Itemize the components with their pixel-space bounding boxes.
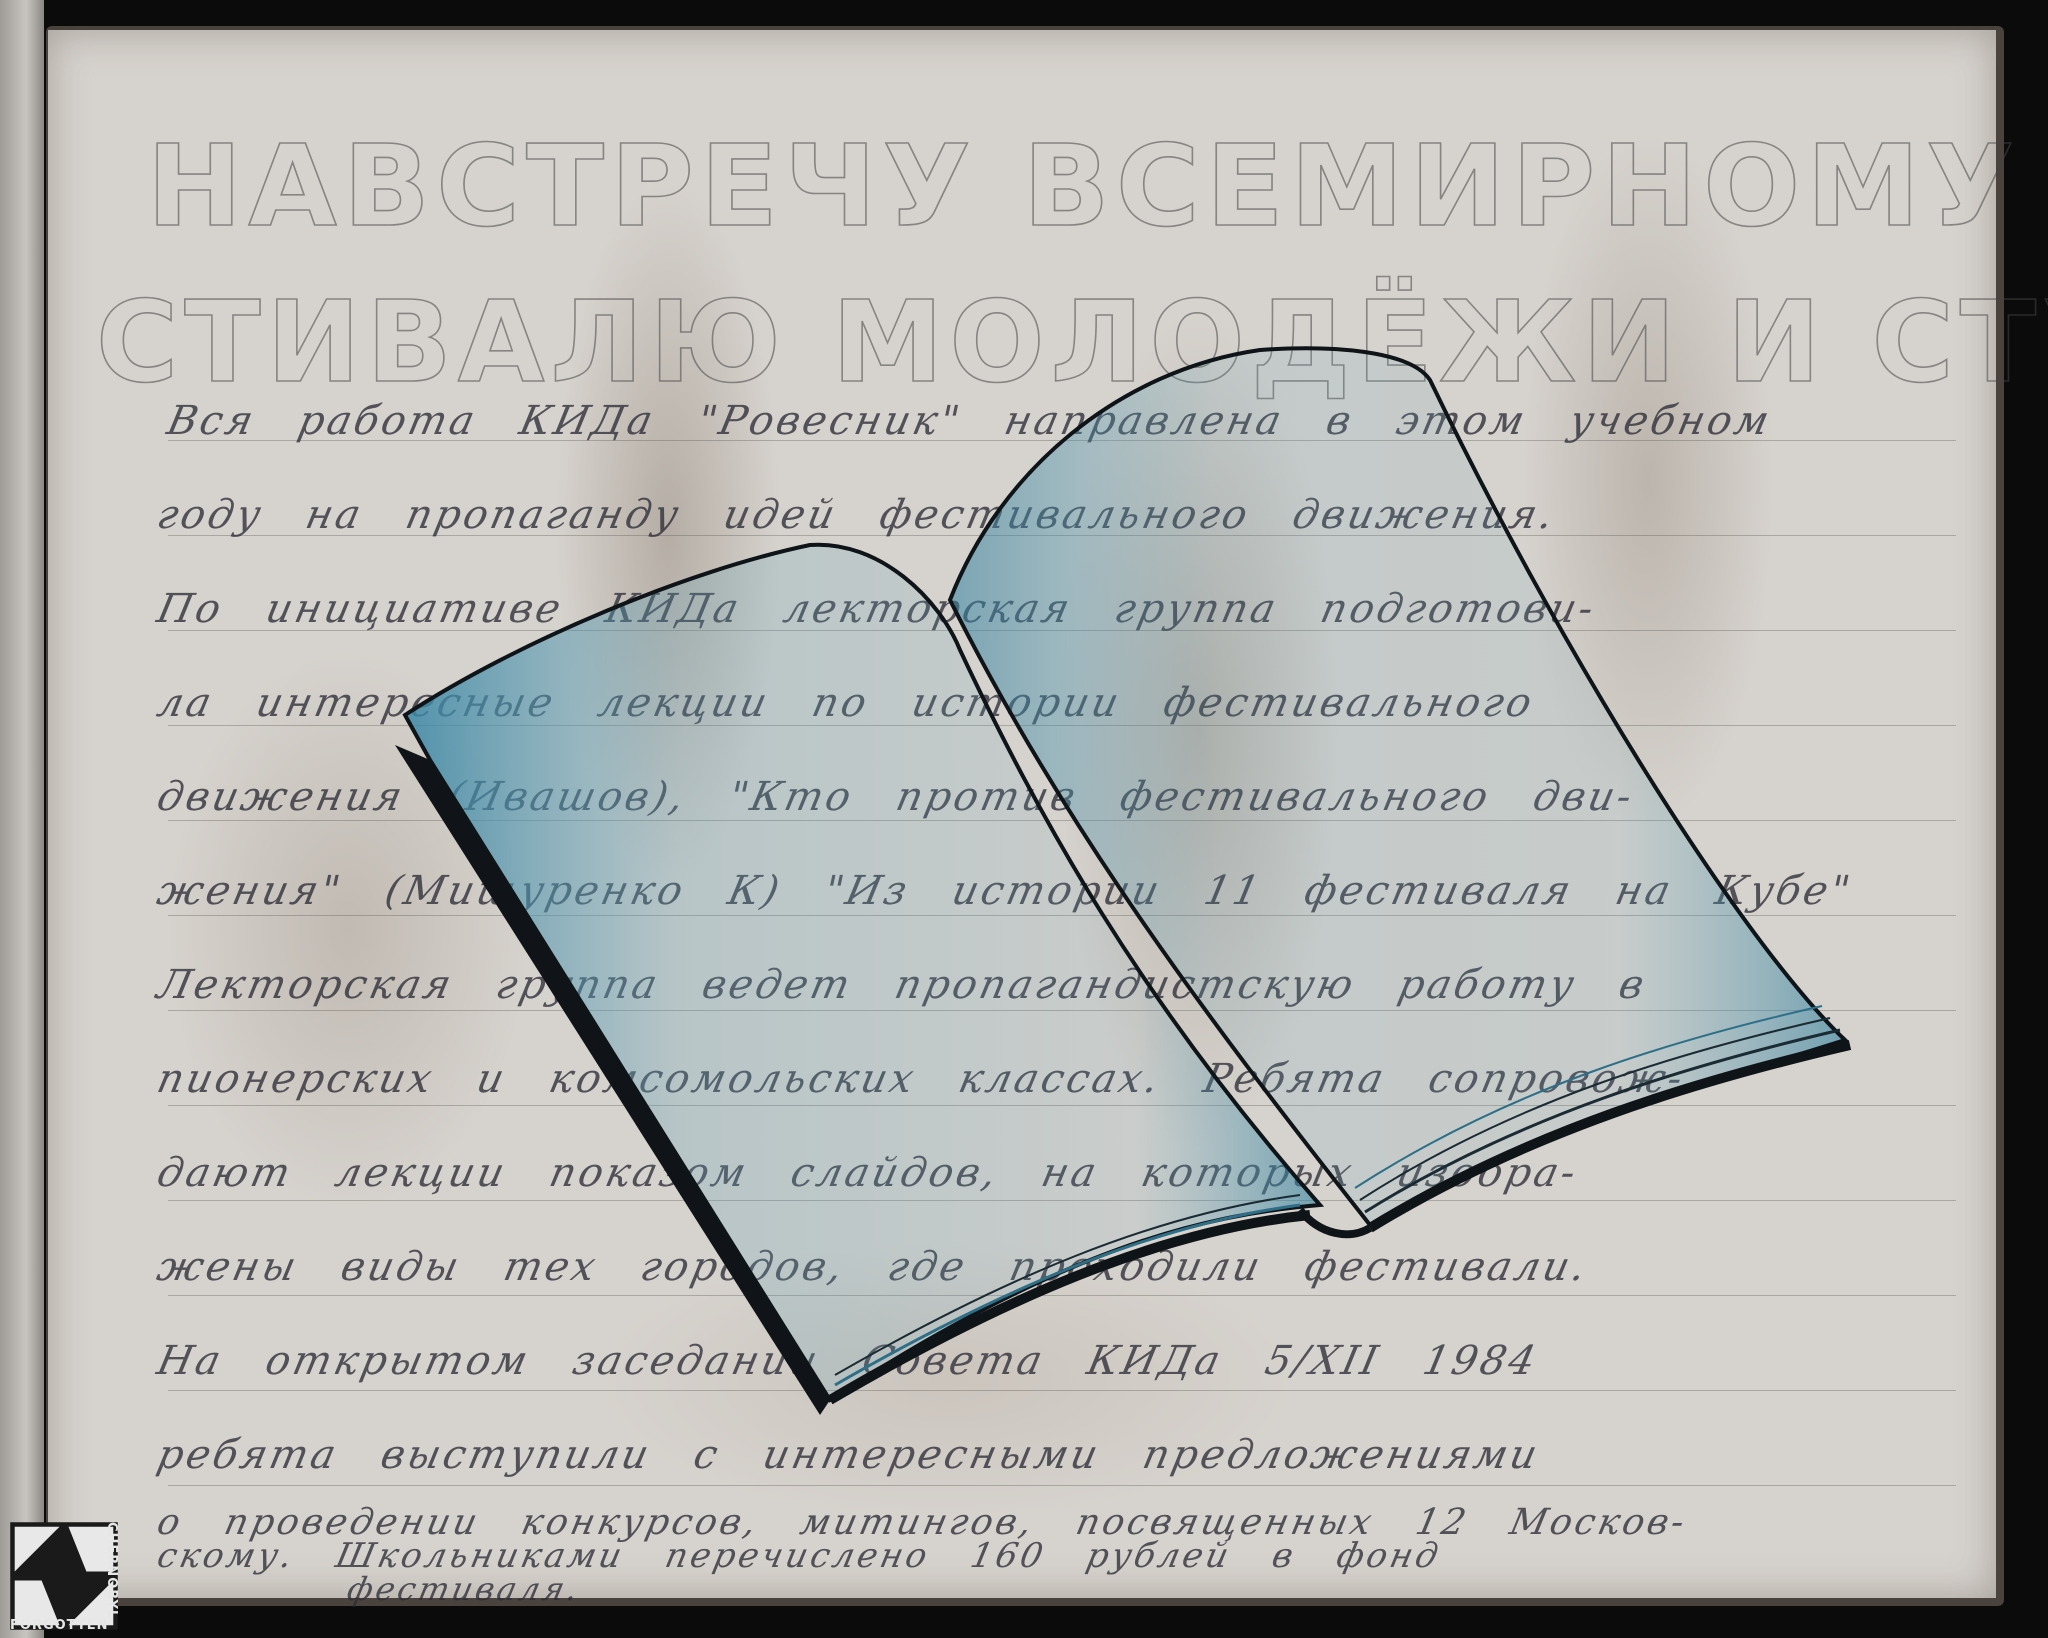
watermark-forgotten: FORGOTTEN: [10, 1618, 108, 1633]
watermark-chernobyl: CHERNOBYL: [104, 1522, 119, 1619]
open-book-drawing-icon: [0, 0, 2048, 1638]
